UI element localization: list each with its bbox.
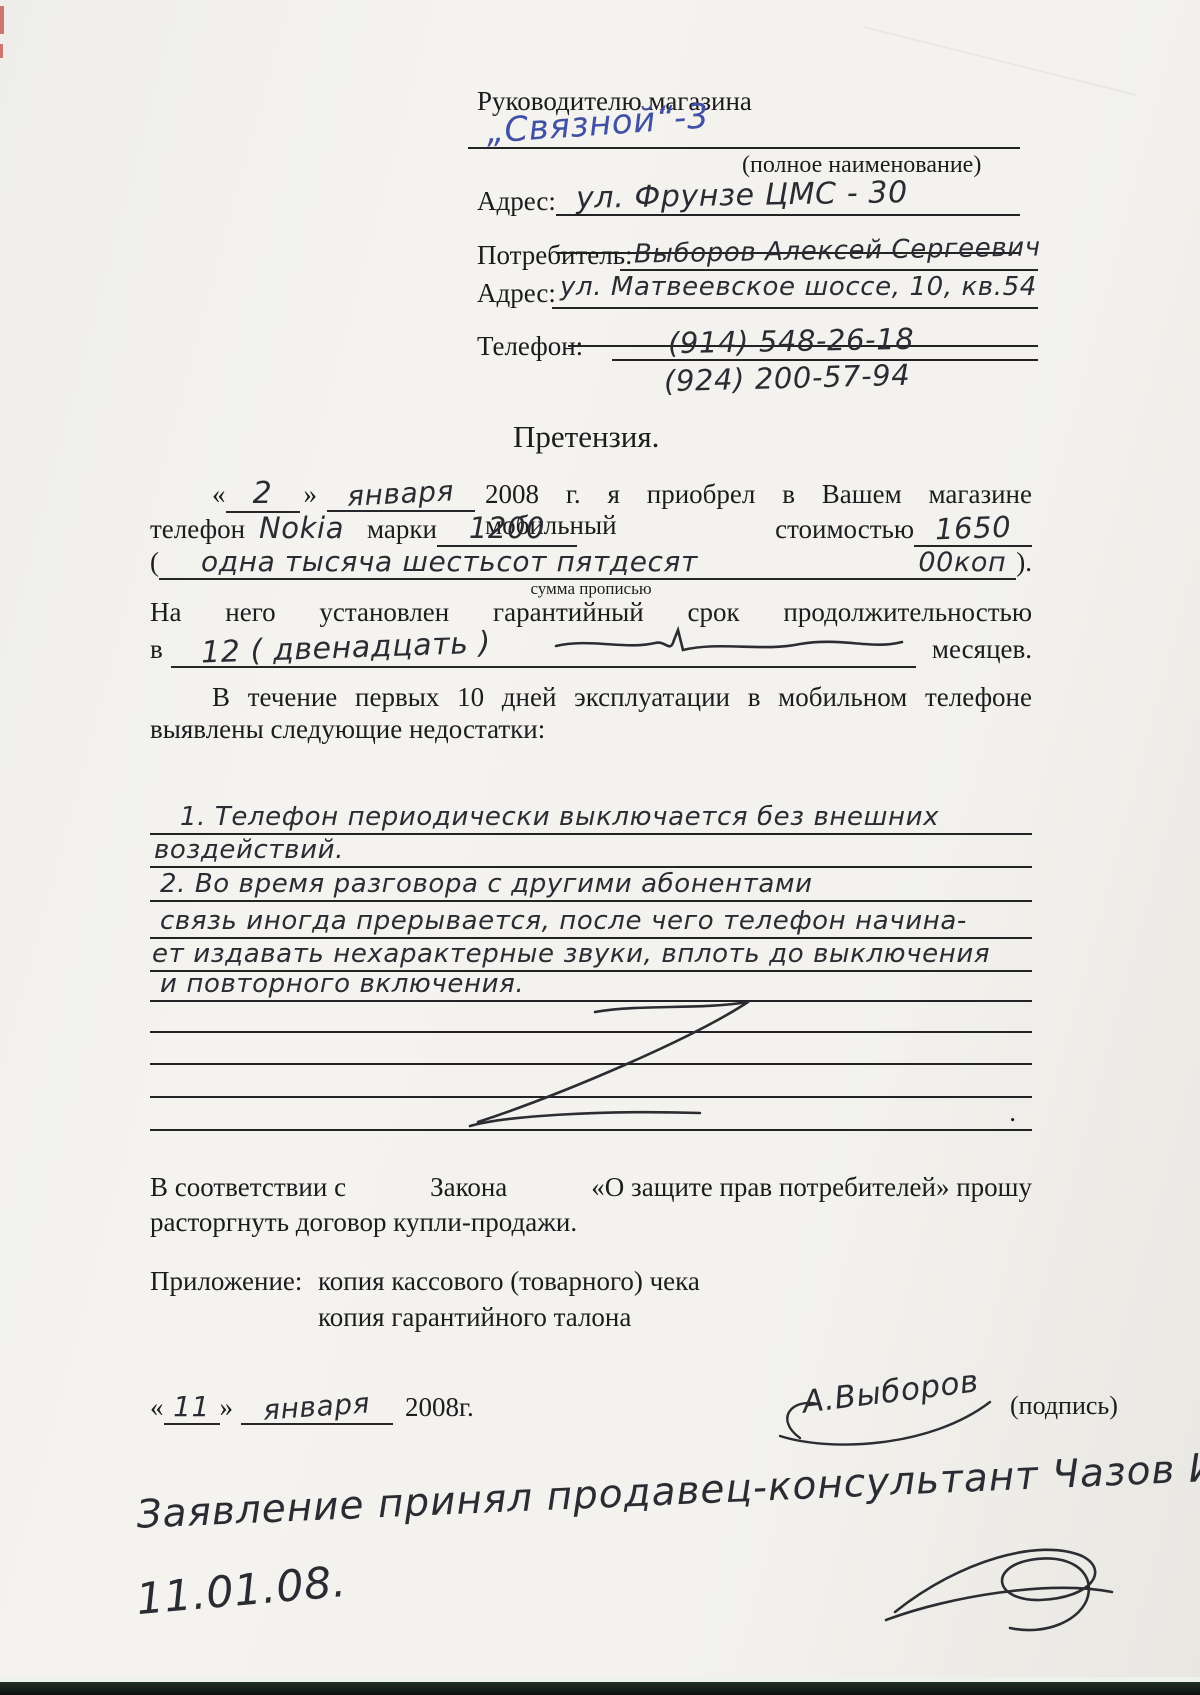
price-handwritten: 1650 [934, 510, 1011, 547]
amount-words-blank: одна тысяча шестьсот пятдесят 00коп [159, 545, 1016, 580]
word-phone: телефон [150, 514, 245, 545]
date-quote-open: « [150, 1392, 164, 1423]
paren-close: ). [1016, 547, 1032, 578]
warranty-line1: На него установлен гарантийный срок прод… [150, 597, 1032, 628]
price-blank: 1650 [914, 511, 1032, 547]
defect-line-8 [150, 1031, 1032, 1065]
defect-line-5: ет издавать нехарактерные звуки, вплоть … [150, 938, 1032, 972]
defect-line-9 [150, 1064, 1032, 1098]
purchase-day-blank: 2 [226, 476, 300, 513]
document-title: Претензия. [513, 419, 659, 455]
model-blank: 1200 [437, 511, 577, 547]
defect-line-2: воздействий. [150, 834, 1032, 868]
defect-text-2: воздействий. [150, 835, 344, 865]
consumer-name-handwritten: Выборов Алексей Сергеевич [634, 232, 1041, 269]
defect-text-5: ет издавать нехарактерные звуки, вплоть … [150, 939, 990, 969]
phone1-handwritten: (914) 548-26-18 [668, 322, 915, 360]
signature-caption: (подпись) [1010, 1391, 1118, 1421]
consumer-signature-name: А.Выборов [800, 1363, 980, 1420]
word-brand: марки [367, 514, 437, 545]
date-month-blank: января [241, 1390, 393, 1425]
warranty-prefix: в [150, 634, 163, 665]
store-address-line [556, 214, 1020, 216]
date-day-handwritten: 11 [173, 1390, 210, 1423]
law-line1: В соответствии с Закона «О защите прав п… [150, 1172, 1032, 1203]
defects-intro1: В течение первых 10 дней эксплуатации в … [150, 682, 1032, 713]
warranty-suffix: месяцев. [932, 634, 1032, 665]
trailing-period: . [1009, 1097, 1016, 1128]
word-price: стоимостью [775, 514, 914, 545]
amount-words-line: ( одна тысяча шестьсот пятдесят 00коп ). [150, 545, 1032, 580]
defect-line-10: . [150, 1097, 1032, 1131]
attachment-label: Приложение: [150, 1266, 302, 1297]
store-address-handwritten: ул. Фрунзе ЦМС - 30 [576, 175, 908, 216]
phone-label: Телефон: [477, 331, 583, 362]
purchase-day-handwritten: 2 [253, 476, 273, 511]
warranty-value-handwritten: 12 ( двенадцать ) [170, 625, 491, 671]
date-line: « 11 » января 2008г. [150, 1390, 570, 1425]
consumer-address-line [552, 307, 1038, 309]
attachment-item-2: копия гарантийного талона [318, 1302, 631, 1333]
defect-line-6: и повторного включения. [150, 968, 1032, 1002]
law-part3: «О защите прав потребителей» прошу [591, 1172, 1032, 1203]
store-name-line [468, 147, 1020, 149]
defect-text-3: 2. Во время разговора с другими абонента… [150, 869, 813, 899]
attachment-item-1: копия кассового (товарного) чека [318, 1266, 700, 1297]
amount-kopecks-handwritten: 00коп [918, 547, 1006, 578]
defect-line-4: связь иногда прерывается, после чего тел… [150, 905, 1032, 939]
defect-line-1: 1. Телефон периодически выключается без … [150, 801, 1032, 835]
accepted-note-handwritten: Заявление принял продавец-консультант Ча… [136, 1443, 1200, 1538]
purchase-month-blank: января [327, 477, 475, 512]
paper-crease [864, 26, 1136, 96]
amount-caption: сумма прописью [150, 579, 1032, 599]
quote-close: » [304, 479, 318, 510]
date-quote-close: » [220, 1392, 234, 1423]
quote-open: « [212, 479, 226, 510]
consumer-label: Потребитель: [477, 240, 633, 271]
seller-signature-scribble [886, 1550, 1112, 1630]
law-line2: расторгнуть договор купли-продажи. [150, 1207, 577, 1238]
amount-words-handwritten: одна тысяча шестьсот пятдесят [159, 545, 698, 578]
purchase-month-handwritten: января [347, 474, 456, 513]
law-part1: В соответствии с [150, 1172, 346, 1203]
defect-text-4: связь иногда прерывается, после чего тел… [150, 906, 967, 936]
defects-intro2: выявлены следующие недостатки: [150, 714, 545, 745]
consumer-address-label: Адрес: [477, 278, 556, 309]
brand-handwritten: Nokia [245, 511, 367, 545]
date-day-blank: 11 [164, 1390, 220, 1425]
date-month-handwritten: января [262, 1386, 371, 1426]
purchase-line2: телефон Nokia марки 1200 стоимостью 1650 [150, 511, 1032, 547]
paren-open: ( [150, 547, 159, 578]
model-handwritten: 1200 [469, 511, 545, 545]
defect-line-3: 2. Во время разговора с другими абонента… [150, 868, 1032, 902]
law-part2: Закона [430, 1172, 507, 1203]
warranty-blank: 12 ( двенадцать ) [171, 631, 916, 668]
accepted-date-handwritten: 11.01.08. [134, 1557, 348, 1625]
defect-text-6: и повторного включения. [150, 969, 524, 999]
scan-edge-dark-strip [0, 1682, 1200, 1695]
phone2-handwritten: (924) 200-57-94 [664, 358, 911, 398]
consumer-name-line [620, 269, 1038, 271]
store-address-label: Адрес: [477, 186, 556, 217]
defect-text-1: 1. Телефон периодически выключается без … [150, 802, 939, 832]
scan-artifact-red-mark [0, 44, 3, 58]
defect-line-7 [150, 999, 1032, 1033]
warranty-line2: в 12 ( двенадцать ) месяцев. [150, 631, 1032, 668]
date-year: 2008г. [405, 1392, 474, 1423]
consumer-address-handwritten: ул. Матвеевское шоссе, 10, кв.54 [560, 272, 1037, 302]
scan-artifact-red-mark [0, 6, 4, 34]
complaint-document-page: Руководителю магазина „Связной“-3 (полно… [0, 0, 1200, 1695]
